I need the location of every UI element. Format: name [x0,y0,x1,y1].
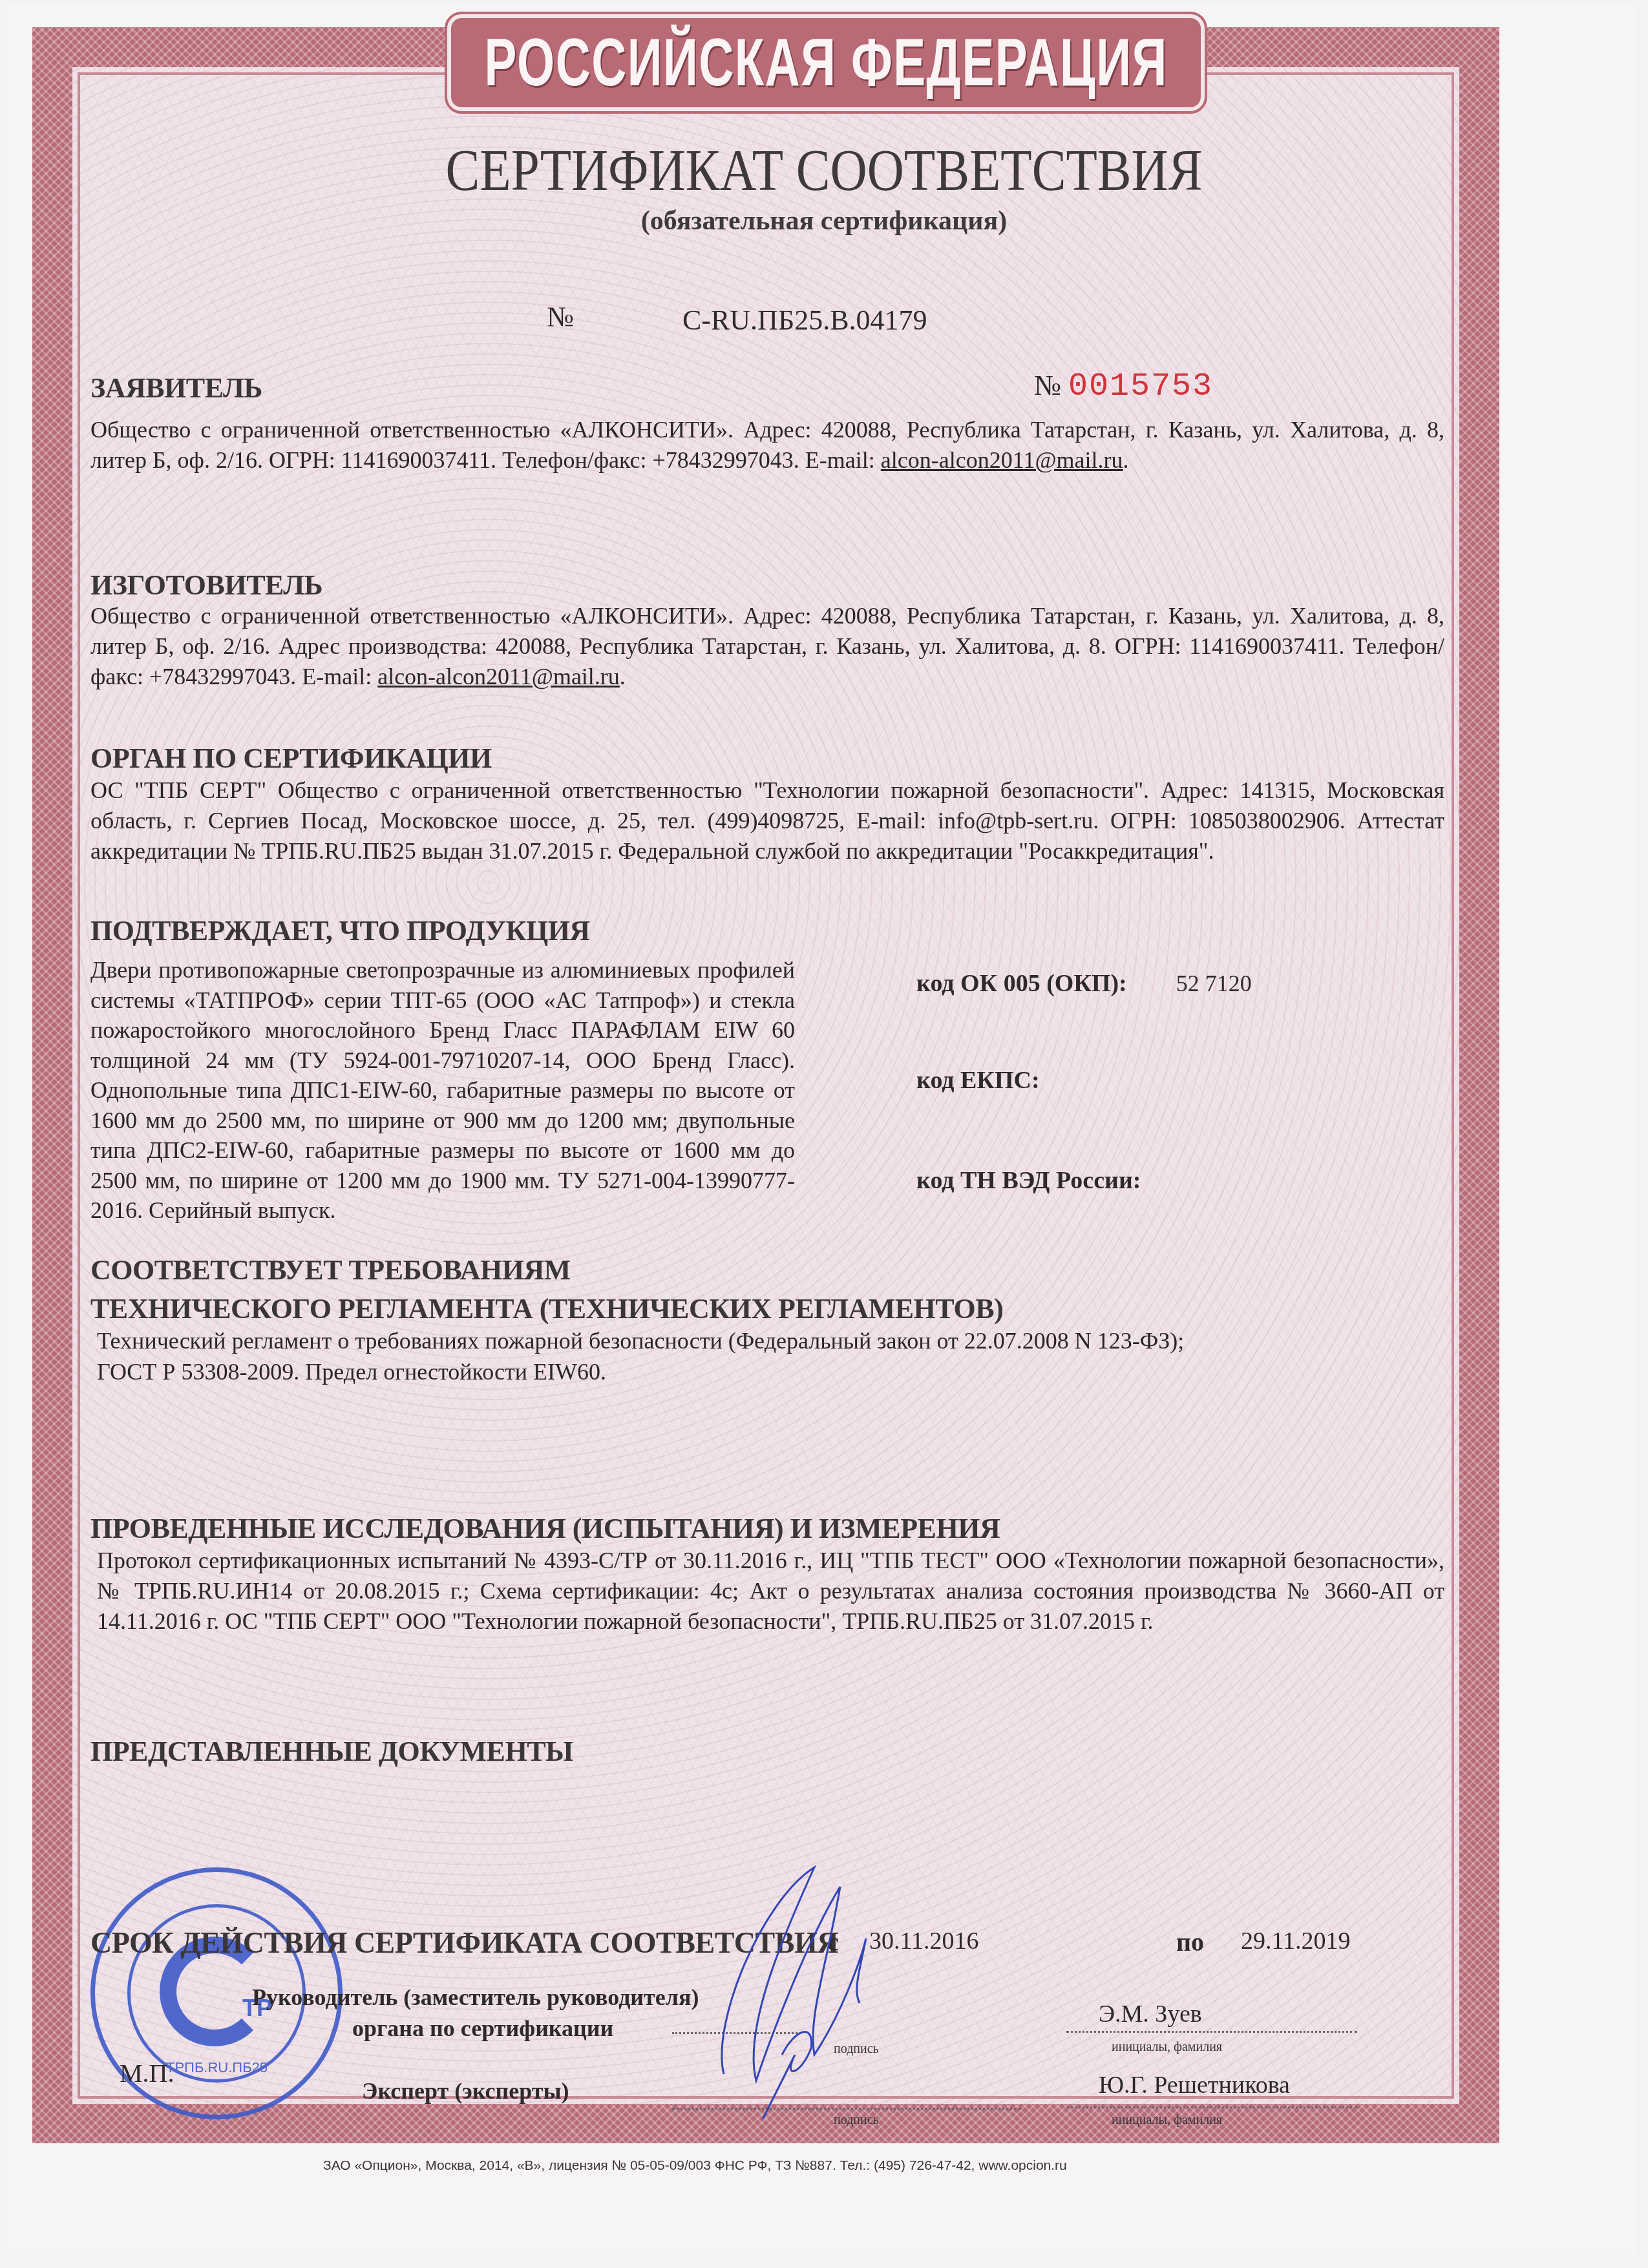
product-heading: ПОДТВЕРЖДАЕТ, ЧТО ПРОДУКЦИЯ [90,914,590,947]
banner-text: РОССИЙСКАЯ ФЕДЕРАЦИЯ [484,25,1167,101]
manufacturer-email-link[interactable]: alcon-alcon2011@mail.ru [377,664,620,689]
number-sign: № [547,300,574,333]
certificate-number: C-RU.ПБ25.B.04179 [682,304,927,337]
head-label-line1: Руководитель (заместитель руководителя) [252,1984,699,2011]
head-name-line [1066,2031,1357,2033]
head-name-caption: инициалы, фамилия [1112,2040,1222,2055]
requirements-heading: СООТВЕТСТВУЕТ ТРЕБОВАНИЯМ [90,1254,571,1286]
banner: РОССИЙСКАЯ ФЕДЕРАЦИЯ [447,14,1205,111]
manufacturer-text: Общество с ограниченной ответственностью… [90,601,1444,692]
printer-footer: ЗАО «Опцион», Москва, 2014, «В», лицензи… [323,2158,1067,2174]
regulation-line-1: Технический регламент о требованиях пожа… [97,1326,1184,1356]
document-subtitle: (обязательная сертификация) [0,205,1648,236]
tests-heading: ПРОВЕДЕННЫЕ ИССЛЕДОВАНИЯ (ИСПЫТАНИЯ) И И… [90,1512,1000,1545]
tests-text: Протокол сертификационных испытаний № 43… [97,1546,1444,1637]
code-ekps: код ЕКПС: [916,1066,1040,1095]
validity-to-label: по [1176,1927,1204,1957]
head-name: Э.М. Зуев [1099,2000,1202,2028]
expert-name-line [1066,2106,1357,2108]
regulations-heading: ТЕХНИЧЕСКОГО РЕГЛАМЕНТА (ТЕХНИЧЕСКИХ РЕГ… [90,1292,1003,1325]
certification-body-text: ОС "ТПБ СЕРТ" Общество с ограниченной от… [90,775,1444,866]
certification-body-heading: ОРГАН ПО СЕРТИФИКАЦИИ [90,742,492,775]
code-tnved: код ТН ВЭД России: [916,1166,1141,1195]
serial-sign: № [1034,370,1061,401]
expert-name: Ю.Г. Решетникова [1099,2071,1290,2099]
applicant-text: Общество с ограниченной ответственностью… [90,415,1444,476]
handwritten-signature-icon [685,1861,898,2119]
applicant-heading: ЗАЯВИТЕЛЬ [90,372,262,404]
code-okp: код ОК 005 (ОКП): 52 7120 [916,969,1252,998]
stamp-license: ТРПБ.RU.ПБ25 [166,2059,268,2076]
serial-value: 0015753 [1068,368,1213,405]
manufacturer-heading: ИЗГОТОВИТЕЛЬ [90,569,322,602]
validity-to-date: 29.11.2019 [1241,1927,1351,1955]
product-text: Двери противопожарные светопрозрачные из… [90,955,795,1226]
expert-name-caption: инициалы, фамилия [1112,2113,1222,2128]
head-label-line2: органа по сертификации [352,2015,613,2042]
serial-number: № 0015753 [1034,368,1213,405]
documents-heading: ПРЕДСТАВЛЕННЫЕ ДОКУМЕНТЫ [90,1735,573,1768]
applicant-email-link[interactable]: alcon-alcon2011@mail.ru [881,447,1123,473]
seal-label: М.П. [120,2058,174,2088]
expert-label: Эксперт (эксперты) [362,2077,569,2105]
document-title: СЕРТИФИКАТ СООТВЕТСТВИЯ [116,136,1533,204]
regulation-line-2: ГОСТ Р 53308-2009. Предел огнестойкости … [97,1357,606,1387]
